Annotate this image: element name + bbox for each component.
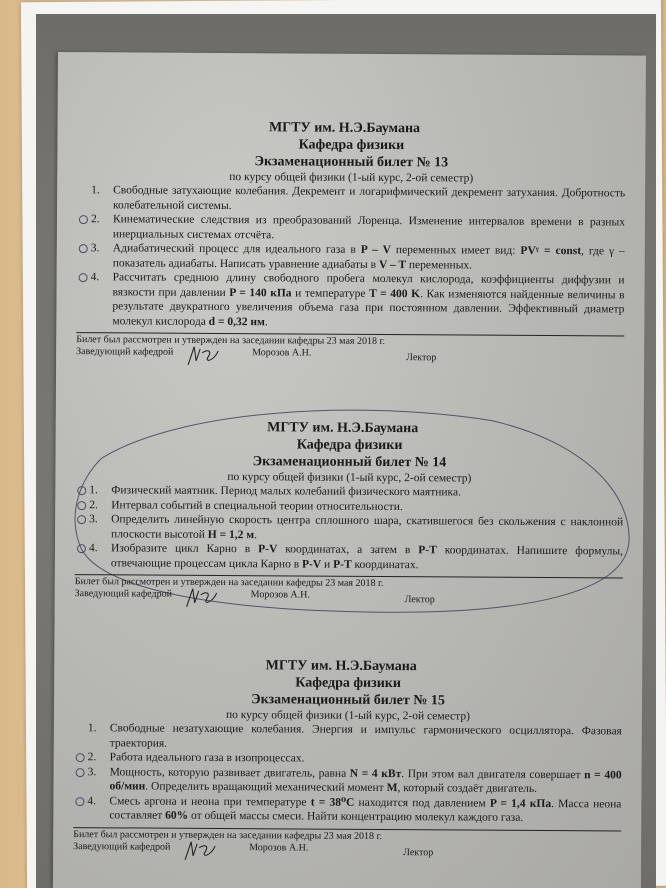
formula-value: 60% (165, 810, 188, 822)
formula-value: P-T (333, 558, 352, 570)
formula-value: P-V (302, 558, 321, 570)
question-item: 3.Определить линейную скорость центра сп… (89, 512, 623, 544)
question-number: 4. (89, 541, 98, 556)
formula-value: t = 38⁰C (311, 796, 355, 808)
formula-value: P-T (418, 544, 437, 556)
exam-sheet: МГТУ им. Н.Э.Баумана Кафедра физики Экза… (53, 52, 646, 888)
question-item: 4.Смесь аргона и неона при температуре t… (87, 794, 621, 826)
head-of-department-label: Заведующий кафедрой (76, 346, 173, 359)
question-number: 3. (91, 241, 100, 256)
question-item: 1.Свободные затухающие колебания. Декрем… (91, 183, 625, 215)
lector-label: Лектор (406, 352, 436, 364)
question-number: 2. (91, 212, 100, 227)
ticket-footer: Билет был рассмотрен и утвержден на засе… (73, 827, 621, 867)
question-list: 1.Свободные затухающие колебания. Декрем… (56, 183, 645, 332)
question-list: 1.Свободные незатухающие колебания. Энер… (53, 721, 642, 826)
pen-circle-mark-icon (79, 244, 88, 253)
formula-value: M (387, 782, 398, 794)
question-number: 1. (88, 721, 97, 736)
pen-circle-mark-icon (77, 544, 86, 553)
lector-label: Лектор (403, 847, 433, 859)
head-of-department-label: Заведующий кафедрой (73, 841, 170, 854)
pen-circle-mark-icon (79, 215, 88, 224)
formula-value: PVᵞ = const (520, 245, 581, 257)
question-item: 4.Рассчитать среднюю длину свободного пр… (90, 270, 624, 331)
pen-circle-mark-icon (77, 515, 86, 524)
question-number: 4. (91, 270, 100, 285)
signature-icon (184, 343, 224, 369)
question-number: 4. (87, 794, 96, 809)
question-number: 1. (91, 183, 100, 198)
question-item: 2.Кинематические следствия из преобразов… (91, 212, 625, 244)
question-item: 1.Свободные незатухающие колебания. Энер… (88, 721, 622, 753)
head-of-department-name: Морозов А.Н. (251, 589, 310, 601)
question-item: 3.Адиабатический процесс для идеального … (91, 241, 625, 273)
question-number: 2. (89, 498, 98, 513)
pen-circle-mark-icon (77, 486, 86, 495)
question-number: 3. (88, 765, 97, 780)
question-item: 4.Изобразите цикл Карно в P-V координата… (89, 541, 623, 573)
signature-icon (183, 585, 223, 611)
ticket-footer: Билет был рассмотрен и утвержден на засе… (75, 574, 623, 614)
pen-circle-mark-icon (79, 273, 88, 282)
ticket-13: МГТУ им. Н.Э.Баумана Кафедра физики Экза… (56, 118, 646, 373)
head-of-department-label: Заведующий кафедрой (75, 588, 172, 601)
formula-value: N = 4 кВт (350, 767, 401, 779)
lector-label: Лектор (405, 594, 435, 606)
formula-value: P-V (258, 543, 277, 555)
formula-value: V – T (379, 258, 406, 270)
pen-circle-mark-icon (76, 768, 85, 777)
ticket-14: МГТУ им. Н.Э.Баумана Кафедра физики Экза… (55, 418, 644, 615)
formula-value: P – V (361, 244, 391, 256)
formula-value: d = 0,32 нм (209, 315, 265, 327)
question-number: 3. (89, 512, 98, 527)
formula-value: P = 1,4 кПа (490, 797, 551, 809)
pen-circle-mark-icon (75, 797, 84, 806)
ticket-15: МГТУ им. Н.Э.Баумана Кафедра физики Экза… (53, 656, 642, 867)
head-of-department-name: Морозов А.Н. (252, 347, 311, 359)
signature-icon (181, 837, 221, 863)
formula-value: T = 400 K (369, 287, 420, 299)
pen-circle-mark-icon (76, 753, 85, 762)
question-number: 2. (88, 750, 97, 765)
question-item: 3.Мощность, которую развивает двигатель,… (87, 765, 621, 797)
formula-value: H = 1,2 м (208, 528, 254, 540)
formula-value: P = 140 кПа (229, 287, 291, 299)
pen-circle-mark-icon (77, 501, 86, 510)
question-list: 1.Физический маятник. Период малых колеб… (55, 483, 644, 574)
ticket-footer: Билет был рассмотрен и утвержден на засе… (76, 332, 624, 372)
head-of-department-name: Морозов А.Н. (249, 842, 308, 854)
question-number: 1. (89, 483, 98, 498)
